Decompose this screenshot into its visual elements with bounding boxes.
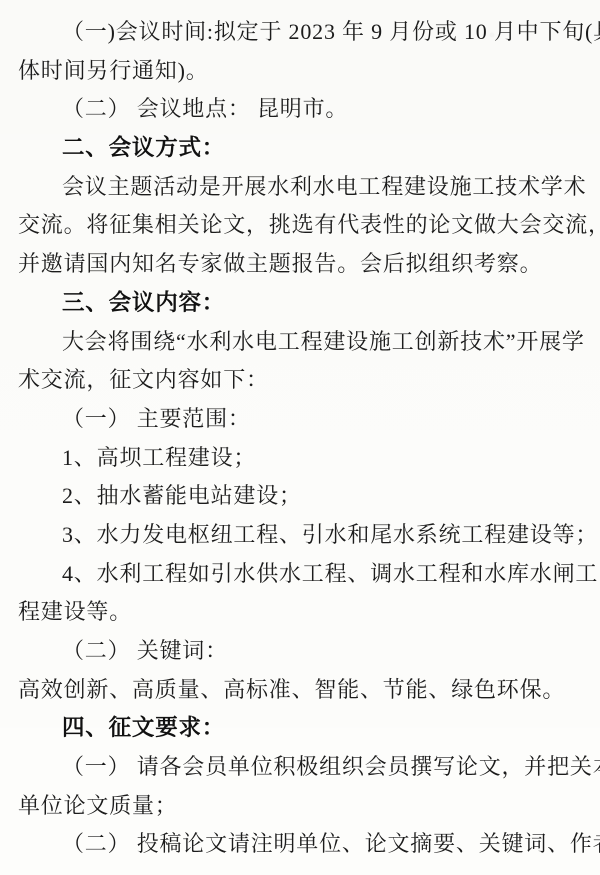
line-scope-item-4-cont: 程建设等。 [18, 593, 586, 632]
section-heading-meeting-content: 三、会议内容： [18, 284, 586, 323]
line-format-para-2: 交流。将征集相关论文，挑选有代表性的论文做大会交流， [18, 206, 586, 245]
line-scope-item-1: 1、高坝工程建设； [18, 439, 586, 478]
section-heading-paper-requirements: 四、征文要求： [18, 709, 586, 748]
line-requirement-2: （二） 投稿论文请注明单位、论文摘要、关键词、作者 [18, 825, 586, 864]
line-content-para-1: 大会将围绕“水利水电工程建设施工创新技术”开展学 [18, 323, 586, 362]
line-format-para-3: 并邀请国内知名专家做主题报告。会后拟组织考察。 [18, 245, 586, 284]
line-meeting-place: （二） 会议地点： 昆明市。 [18, 90, 586, 129]
line-meeting-time-cont: 体时间另行通知)。 [18, 52, 586, 91]
document-page: （一)会议时间:拟定于 2023 年 9 月份或 10 月中下旬(具 体时间另行… [0, 0, 600, 875]
line-meeting-time: （一)会议时间:拟定于 2023 年 9 月份或 10 月中下旬(具 [18, 13, 586, 52]
line-main-scope-label: （一） 主要范围： [18, 400, 586, 439]
line-scope-item-3: 3、水力发电枢纽工程、引水和尾水系统工程建设等； [18, 516, 586, 555]
line-scope-item-2: 2、抽水蓄能电站建设； [18, 477, 586, 516]
section-heading-meeting-format: 二、会议方式： [18, 129, 586, 168]
line-scope-item-4: 4、水利工程如引水供水工程、调水工程和水库水闸工 [18, 555, 586, 594]
line-format-para-1: 会议主题活动是开展水利水电工程建设施工技术学术 [18, 168, 586, 207]
line-requirement-1: （一） 请各会员单位积极组织会员撰写论文，并把关本 [18, 748, 586, 787]
line-requirement-1-cont: 单位论文质量； [18, 787, 586, 826]
line-keywords-list: 高效创新、高质量、高标准、智能、节能、绿色环保。 [18, 671, 586, 710]
line-content-para-2: 术交流，征文内容如下： [18, 361, 586, 400]
line-keywords-label: （二） 关键词： [18, 632, 586, 671]
